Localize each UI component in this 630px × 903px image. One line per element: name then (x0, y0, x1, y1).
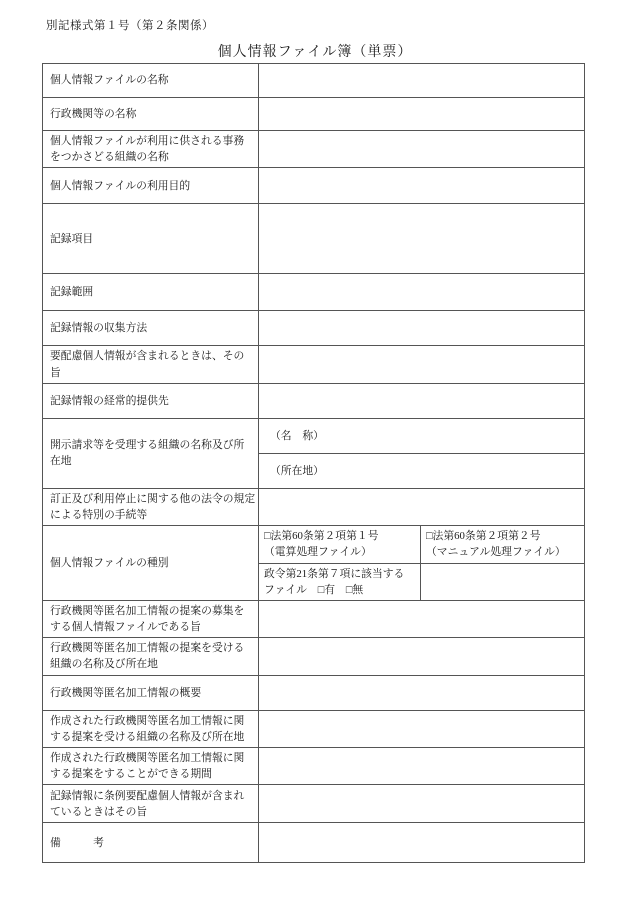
label-cell-record-items: 記録項目 (43, 204, 259, 274)
value-cell-anonymized-recruiting (259, 600, 585, 637)
value-cell-sensitive-note (259, 346, 585, 383)
label-cell-remarks: 備 考 (43, 823, 259, 863)
value-cell-anonymized-receiving-org (259, 638, 585, 675)
document-title: 個人情報ファイル簿（単票） (0, 41, 630, 61)
value-cell-agency-name (259, 98, 585, 131)
value-cell-purpose (259, 168, 585, 204)
value-cell-disclosure-name: （名 称） (259, 418, 585, 453)
label-cell-record-scope: 記録範囲 (43, 274, 259, 311)
option-cell-manual-file: □法第60条第２項第２号 （マニュアル処理ファイル） (421, 526, 585, 563)
value-cell-routine-recipients (259, 383, 585, 418)
personal-info-file-register-table: 個人情報ファイルの名称 行政機関等の名称 個人情報ファイルが利用に供される事務 … (42, 63, 585, 863)
option-cell-cabinet-order: 政令第21条第７項に該当する ファイル □有 □無 (259, 563, 421, 600)
value-cell-collection-method (259, 311, 585, 346)
value-cell-created-anonymized-period (259, 748, 585, 785)
label-cell-created-anonymized-period: 作成された行政機関等匿名加工情報に関 する提案をすることができる期間 (43, 748, 259, 785)
label-cell-disclosure-org: 開示請求等を受理する組織の名称及び所 在地 (43, 418, 259, 488)
option-cell-empty (421, 563, 585, 600)
label-cell-purpose: 個人情報ファイルの利用目的 (43, 168, 259, 204)
label-cell-collection-method: 記録情報の収集方法 (43, 311, 259, 346)
value-cell-file-name (259, 64, 585, 98)
label-cell-file-type: 個人情報ファイルの種別 (43, 526, 259, 601)
label-cell-anonymized-receiving-org: 行政機関等匿名加工情報の提案を受ける 組織の名称及び所在地 (43, 638, 259, 675)
value-cell-remarks (259, 823, 585, 863)
label-cell-ordinance-sensitive: 記録情報に条例要配慮個人情報が含まれ ているときはその旨 (43, 785, 259, 823)
label-cell-sensitive-note: 要配慮個人情報が含まれるときは、その 旨 (43, 346, 259, 383)
label-cell-created-anonymized-receiving-org: 作成された行政機関等匿名加工情報に関 する提案を受ける組織の名称及び所在地 (43, 710, 259, 747)
value-cell-disclosure-address: （所在地） (259, 453, 585, 488)
value-cell-correction-procedure (259, 488, 585, 525)
label-cell-file-name: 個人情報ファイルの名称 (43, 64, 259, 98)
option-cell-computer-file: □法第60条第２項第１号 （電算処理ファイル） (259, 526, 421, 563)
label-cell-agency-name: 行政機関等の名称 (43, 98, 259, 131)
document-page: 別記様式第１号（第２条関係） 個人情報ファイル簿（単票） 個人情報ファイルの名称… (0, 0, 630, 903)
value-cell-record-items (259, 204, 585, 274)
value-cell-record-scope (259, 274, 585, 311)
label-cell-duty-org: 個人情報ファイルが利用に供される事務 をつかさどる組織の名称 (43, 131, 259, 168)
value-cell-ordinance-sensitive (259, 785, 585, 823)
label-cell-anonymized-summary: 行政機関等匿名加工情報の概要 (43, 675, 259, 710)
label-cell-anonymized-recruiting: 行政機関等匿名加工情報の提案の募集を する個人情報ファイルである旨 (43, 600, 259, 637)
value-cell-duty-org (259, 131, 585, 168)
form-number-label: 別記様式第１号（第２条関係） (46, 17, 214, 33)
label-cell-correction-procedure: 訂正及び利用停止に関する他の法令の規定 による特別の手続等 (43, 488, 259, 525)
value-cell-created-anonymized-receiving-org (259, 710, 585, 747)
label-cell-routine-recipients: 記録情報の経常的提供先 (43, 383, 259, 418)
value-cell-anonymized-summary (259, 675, 585, 710)
